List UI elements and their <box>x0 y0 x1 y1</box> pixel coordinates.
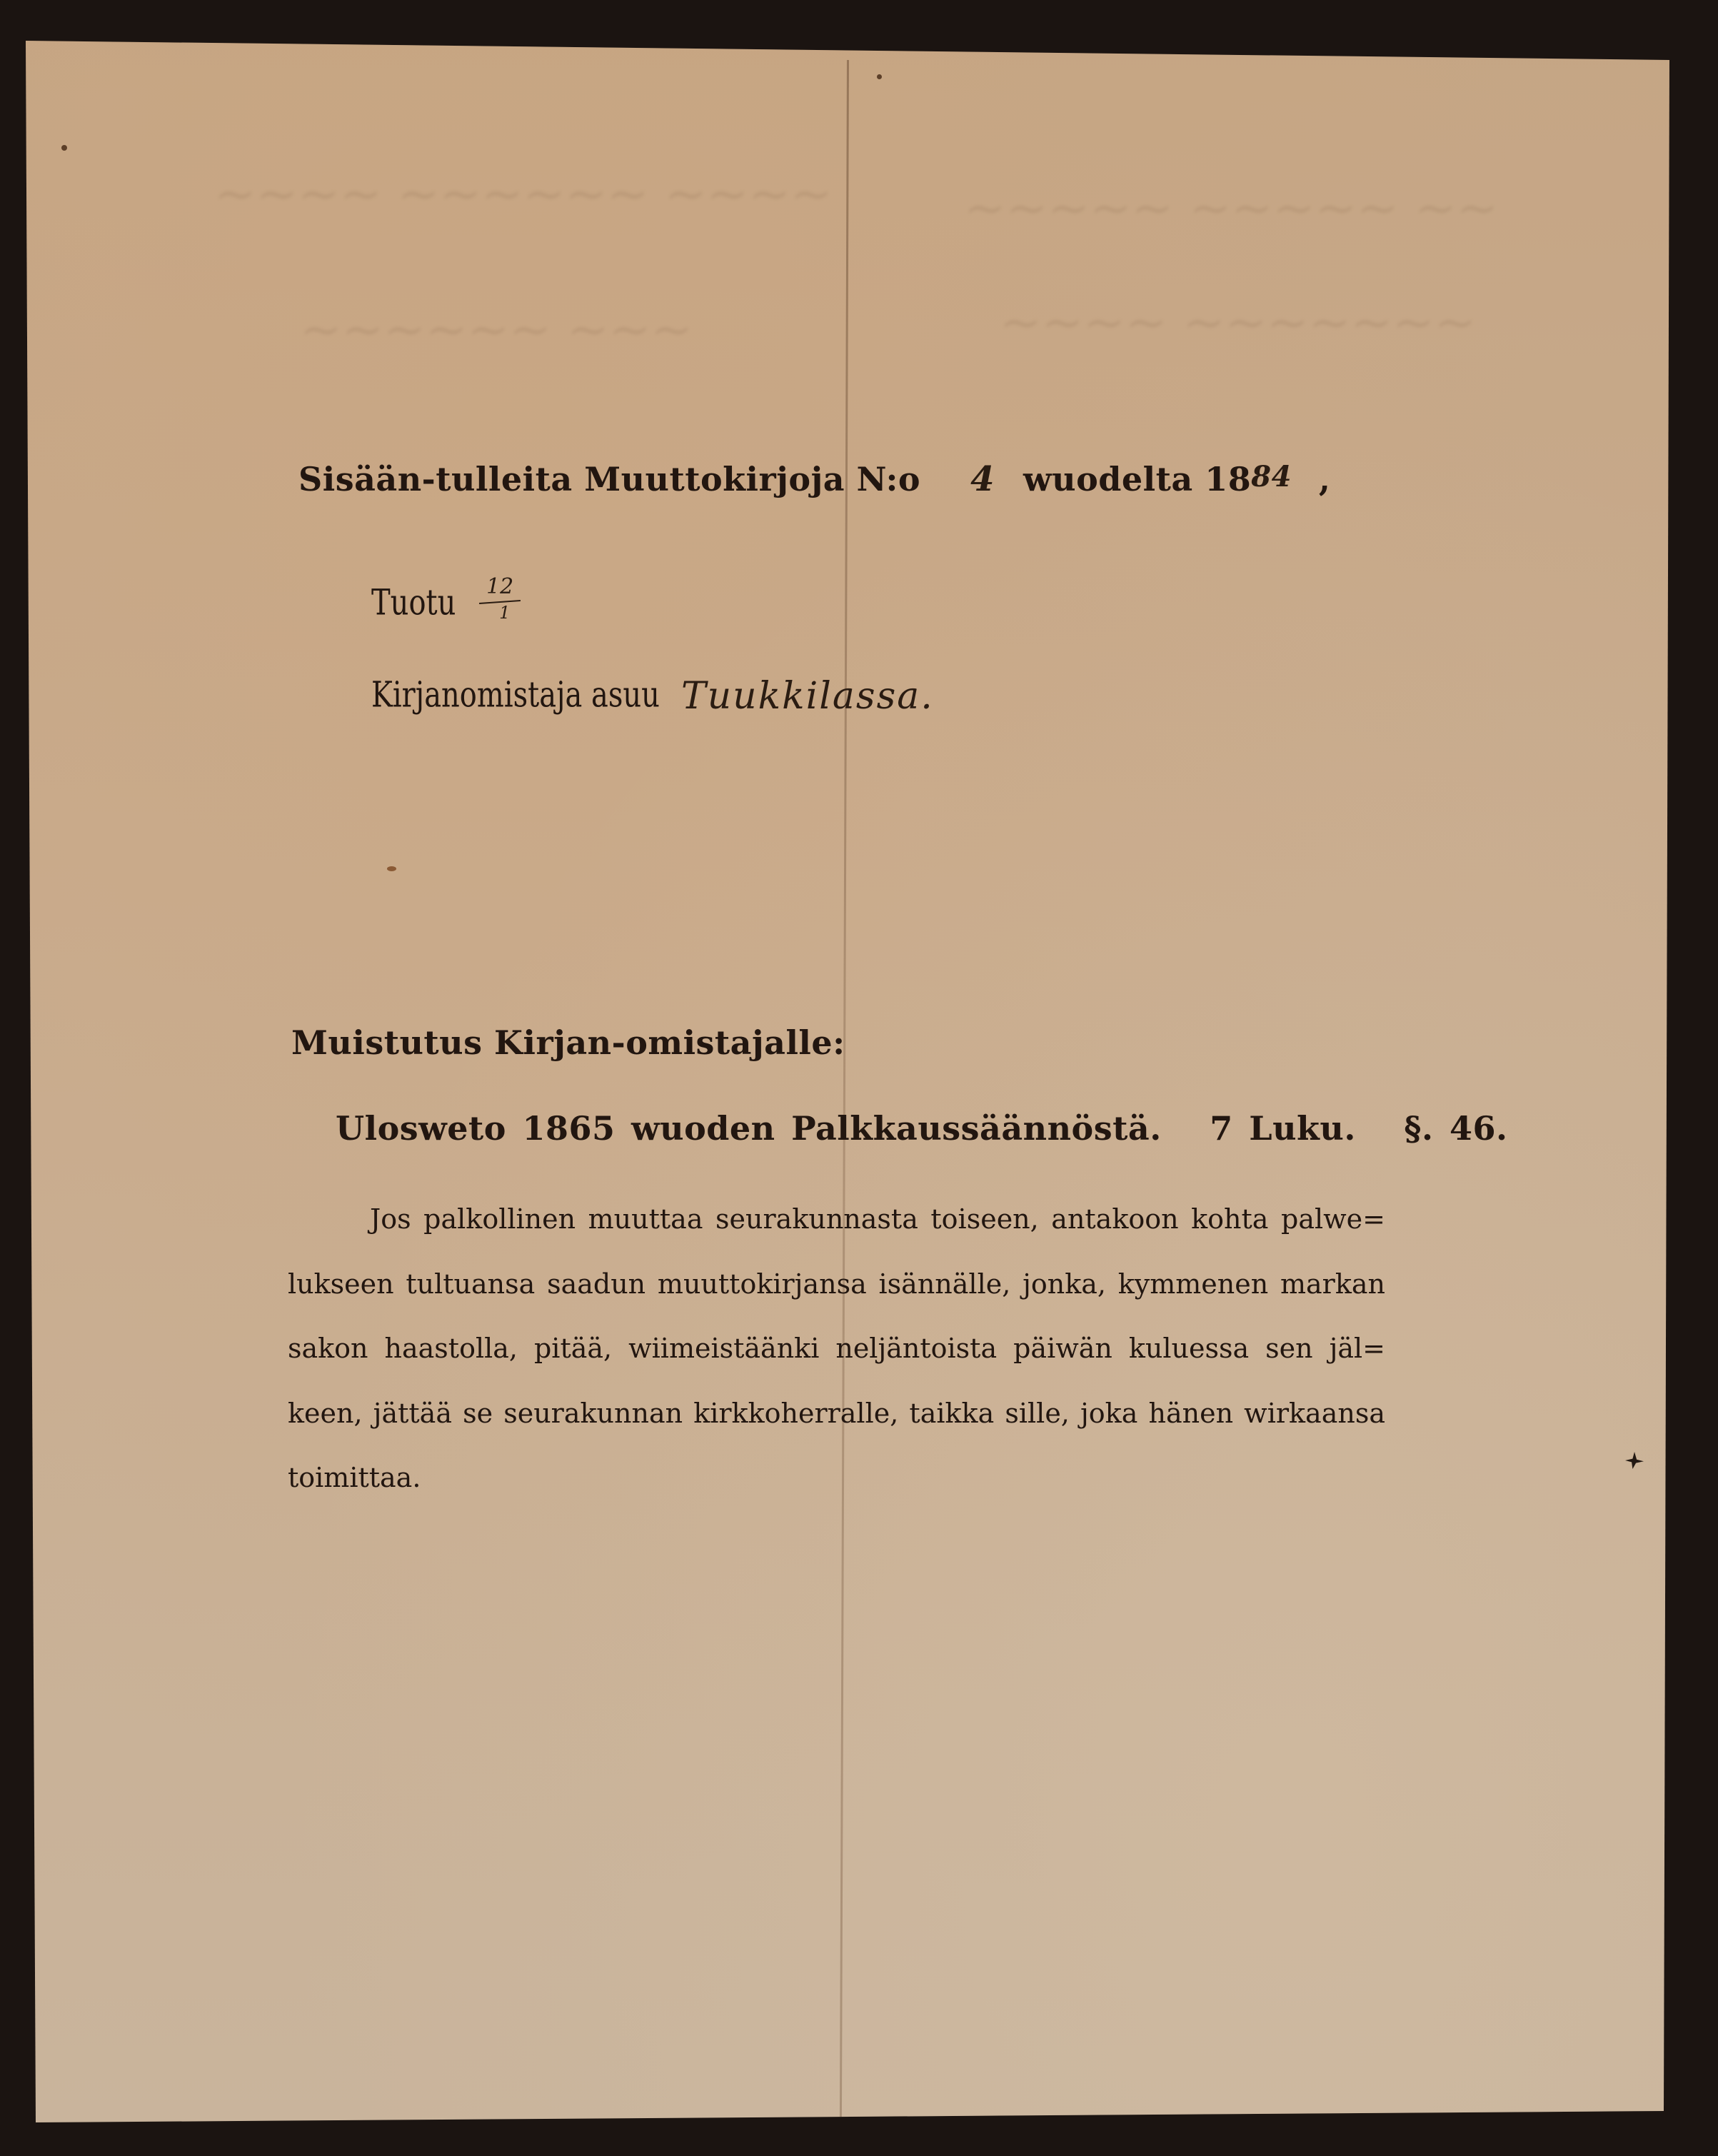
date-day: 12 <box>486 574 513 599</box>
bleed-through-text: ~~~~ ~~~~~~ ~~~~ <box>214 164 833 223</box>
bleed-through-text: ~~~~~~ ~~~ <box>300 300 693 359</box>
body-line: sakon haastolla, pitää, wiimeistäänki ne… <box>288 1316 1385 1381</box>
body-line: toimittaa. <box>288 1445 1385 1510</box>
body-line: keen, jättää se seurakunnan kirkkoherral… <box>288 1381 1385 1446</box>
handwritten-date-fraction: 12 1 <box>479 584 522 634</box>
handwritten-year-suffix: 84 <box>1251 460 1292 493</box>
date-month: 1 <box>499 603 510 623</box>
bleed-through-text: ~~~~~ ~~~~~ ~~ <box>964 179 1498 237</box>
year-label: wuodelta 18 <box>1023 460 1251 498</box>
bleed-through-text: ~~~~ ~~~~~~~ <box>1000 293 1476 351</box>
body-line: lukseen tultuansa saadun muuttokirjansa … <box>288 1252 1385 1317</box>
owner-residence-label: Kirjanomistaja asuu <box>371 675 660 716</box>
heading-label: Sisään-tulleita Muuttokirjoja N:o <box>298 460 920 498</box>
stain-spot <box>387 866 396 871</box>
tuotu-line: Tuotu 12 1 <box>371 584 522 634</box>
notice-body: Jos palkollinen muuttaa seurakunnasta to… <box>288 1187 1385 1510</box>
notice-title: Muistutus Kirjan-omistajalle: <box>291 1023 845 1062</box>
owner-residence-line: Kirjanomistaja asuuTuukkilassa. <box>371 675 934 718</box>
handwritten-number: 4 <box>970 459 995 499</box>
handwritten-place: Tuukkilassa. <box>681 675 934 718</box>
tuotu-label: Tuotu <box>371 583 456 624</box>
form-heading: Sisään-tulleita Muuttokirjoja N:o4wuodel… <box>298 459 1330 499</box>
body-line: Jos palkollinen muuttaa seurakunnasta to… <box>288 1187 1385 1252</box>
ink-spot <box>61 145 67 151</box>
heading-comma: , <box>1319 460 1331 498</box>
notice-subtitle: Ulosweto 1865 wuoden Palkkaussäännöstä. … <box>336 1109 1508 1148</box>
ink-spot <box>877 74 882 79</box>
